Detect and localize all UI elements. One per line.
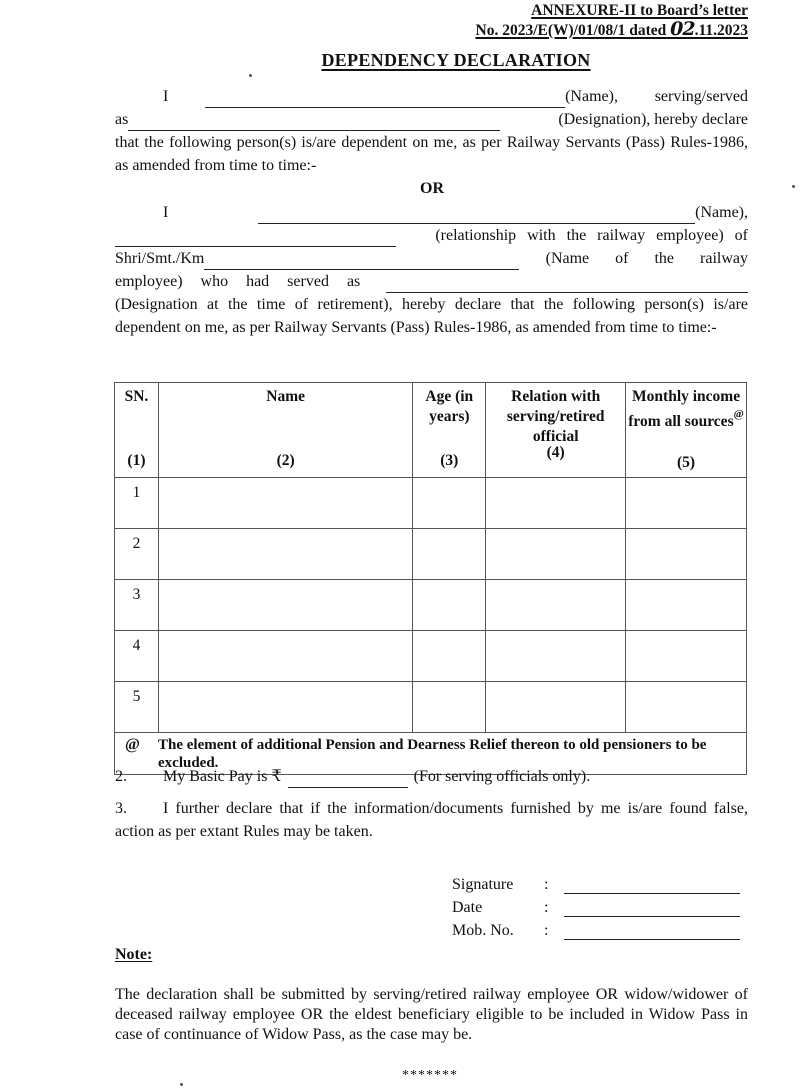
mobile-row: Mob. No. : (452, 919, 740, 942)
scan-speck (180, 1083, 183, 1086)
declarant-name-line: I (Name), serving/served (115, 85, 748, 108)
cell-relation[interactable] (486, 682, 626, 733)
note-heading: Note: (115, 946, 152, 964)
cell-relation[interactable] (486, 631, 626, 682)
table-row: 1 (115, 478, 747, 529)
dependents-table: SN.(1) Name(2) Age (in years)(3) Relatio… (114, 382, 747, 775)
signature-field[interactable] (564, 879, 740, 894)
cell-age[interactable] (413, 631, 486, 682)
cell-name[interactable] (158, 580, 412, 631)
table-row: 3 (115, 580, 747, 631)
section1-paragraph: that the following person(s) is/are depe… (115, 131, 748, 177)
railway-employee-name-field[interactable] (204, 252, 519, 270)
table-row: 5 (115, 682, 747, 733)
cell-relation[interactable] (486, 529, 626, 580)
date-row: Date : (452, 896, 740, 919)
row-serial-number: 2 (115, 529, 159, 580)
scan-speck (249, 74, 252, 77)
cell-age[interactable] (413, 529, 486, 580)
cell-income[interactable] (626, 682, 747, 733)
basic-pay-line: 2. My Basic Pay is ₹ (For serving offici… (115, 765, 748, 788)
column-header-age: Age (in years)(3) (413, 383, 486, 478)
annexure-reference: ANNEXURE-II to Board’s letter No. 2023/E… (476, 1, 748, 40)
end-marker: ******* (0, 1068, 800, 1084)
section2-paragraph: (Designation at the time of retirement),… (115, 293, 748, 339)
note-text: The declaration shall be submitted by se… (115, 985, 748, 1045)
page-title: DEPENDENCY DECLARATION (0, 50, 800, 71)
cell-income[interactable] (626, 631, 747, 682)
letter-date-rest: .11.2023 (695, 22, 748, 39)
cell-age[interactable] (413, 580, 486, 631)
row-serial-number: 5 (115, 682, 159, 733)
further-declaration: 3.I further declare that if the informat… (115, 797, 748, 843)
relationship-field[interactable] (115, 229, 396, 247)
letter-date-handwritten: 02 (670, 18, 694, 40)
cell-age[interactable] (413, 682, 486, 733)
column-header-name: Name(2) (158, 383, 412, 478)
designation-line: as (Designation), hereby declare (115, 108, 748, 131)
table-header-row: SN.(1) Name(2) Age (in years)(3) Relatio… (115, 383, 747, 478)
table-row: 2 (115, 529, 747, 580)
retirement-designation-field[interactable] (386, 275, 748, 293)
dependent-declarant-name-field[interactable] (258, 206, 695, 224)
cell-income[interactable] (626, 478, 747, 529)
basic-pay-field[interactable] (288, 770, 408, 788)
column-header-income: Monthly income from all sources@(5) (626, 383, 747, 478)
letter-number: No. 2023/E(W)/01/08/1 dated (476, 22, 671, 39)
row-serial-number: 1 (115, 478, 159, 529)
served-as-line: employee) who had served as (115, 270, 748, 293)
column-header-relation: Relation with serving/retired official(4… (486, 383, 626, 478)
date-field[interactable] (564, 902, 740, 917)
signature-row: Signature : (452, 873, 740, 896)
cell-name[interactable] (158, 529, 412, 580)
dependent-name-line: I (Name), (115, 201, 748, 224)
or-separator: OR (0, 180, 800, 198)
cell-relation[interactable] (486, 580, 626, 631)
cell-relation[interactable] (486, 478, 626, 529)
table-row: 4 (115, 631, 747, 682)
relationship-line: (relationship with the railway employee)… (115, 224, 748, 247)
designation-field[interactable] (128, 113, 500, 131)
cell-name[interactable] (158, 631, 412, 682)
column-header-sn: SN.(1) (115, 383, 159, 478)
footnote-marker: @ (734, 408, 744, 420)
annexure-label: ANNEXURE-II to Board’s letter (531, 2, 748, 19)
row-serial-number: 4 (115, 631, 159, 682)
cell-name[interactable] (158, 682, 412, 733)
mobile-number-field[interactable] (564, 925, 740, 940)
employee-name-line: Shri/Smt./Km (Name of the railway (115, 247, 748, 270)
cell-age[interactable] (413, 478, 486, 529)
signature-block: Signature : Date : Mob. No. : (452, 873, 740, 942)
row-serial-number: 3 (115, 580, 159, 631)
cell-income[interactable] (626, 529, 747, 580)
cell-income[interactable] (626, 580, 747, 631)
cell-name[interactable] (158, 478, 412, 529)
declarant-name-field[interactable] (205, 90, 565, 108)
